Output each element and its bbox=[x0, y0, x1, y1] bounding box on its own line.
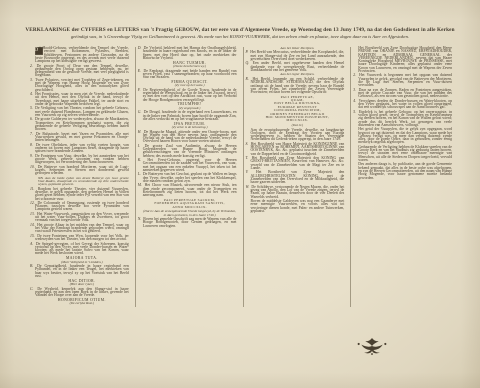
bottom-ornament bbox=[352, 336, 392, 356]
broadside-scan: { "document": { "kind": "18th-century Du… bbox=[0, 0, 480, 388]
entry: M. Het Choor van Musiek, uitvoerende een… bbox=[143, 184, 237, 197]
entry: 5. Eindelyk is het geheele Gebouw, op he… bbox=[358, 111, 452, 127]
paragraph: Des anderen daags is, by publicatie, aan… bbox=[358, 163, 452, 179]
entry: 4. Het Frontispies, waar in men ziet de … bbox=[35, 93, 129, 106]
entry-label: L. bbox=[138, 172, 142, 176]
entry: Q. Een ander Beeld, met opgehevene hande… bbox=[251, 62, 345, 72]
entry: G. De Deugd, houdende in de regterhand e… bbox=[143, 111, 237, 121]
entry: 2. Het Vuurwerk is begonnen met het opga… bbox=[358, 74, 452, 87]
motto-translation: (Deeze beschermen wy.) bbox=[143, 65, 237, 68]
entry: 4. Vervolgens deeden de Donder-bussen en… bbox=[358, 100, 452, 110]
entry-label: 4. bbox=[353, 99, 357, 103]
entry: B. De Gematigdheid, houdende in haare re… bbox=[35, 265, 129, 278]
entry: D. De Vryheid, bekleed met het Harnas de… bbox=[143, 47, 237, 60]
entry: 15. De twee Fonteinen van Wyn, loopende … bbox=[35, 235, 129, 242]
entry-label: D. bbox=[138, 46, 143, 50]
entry: 11. Rondom het geheele Theater, vier dui… bbox=[35, 188, 129, 201]
nb-note: NB. Aan de beide zyden van deeze Battery… bbox=[35, 177, 129, 187]
entry-label: 12. bbox=[30, 201, 36, 205]
entry-label: H. bbox=[138, 130, 143, 134]
entry-label: S. bbox=[246, 142, 250, 146]
entry: T. Het Borstbeeld van Zyne Majesteit den… bbox=[251, 157, 345, 170]
entry: 7. De Balustrade, bezet met Vazen en Pyr… bbox=[35, 133, 129, 143]
entry-label: F. bbox=[138, 88, 142, 92]
entry: F. De Regtveerdigheid, of de Goede Trouw… bbox=[143, 89, 237, 102]
entry: C. De Wysheid, kennelyk aan den Slange-s… bbox=[35, 288, 129, 298]
entry-label: Q. bbox=[246, 61, 251, 65]
entry: 3. Daar na zyn de Zonnen, Raden en Fonte… bbox=[358, 89, 452, 99]
paragraph: Het getal der Vuurpylen, die te gelyk zy… bbox=[358, 128, 452, 144]
motto-translation: (Hier door ryker.) bbox=[35, 283, 129, 286]
first-entry: Dit Hoofd-Gebouw, verbeeldende den Tempe… bbox=[35, 47, 129, 63]
entry-label: W. bbox=[246, 185, 251, 189]
column-4: Het Borstbeeld van Zyne Doorlugtige Hoog… bbox=[350, 47, 452, 307]
paragraph: Aan de eeuwigduurende Vreede, dewelke, n… bbox=[251, 129, 345, 142]
entry: P. Het Beeld van Mercurius, verbeeldende… bbox=[251, 51, 345, 61]
motto-translation: (De eerlyke Rust.) bbox=[35, 302, 129, 305]
entry-label: 14. bbox=[30, 223, 36, 227]
entry: H. De Haagsche Maagd, zittende onder een… bbox=[143, 131, 237, 144]
caps-inscription: PACI PERPETUAE SACRUM,FOEDERIBUS AQUISGR… bbox=[143, 199, 237, 209]
entry-label: 4. bbox=[30, 92, 34, 96]
paragraph: Het Borstbeeld van Zyne Doorlugtige Hoog… bbox=[358, 47, 452, 73]
entry-label: 13. bbox=[30, 212, 36, 216]
entry-label: K. bbox=[138, 158, 142, 162]
entry-label: E. bbox=[138, 69, 142, 73]
entry: R. Het Beeld, leunende op een Schild, ve… bbox=[251, 78, 345, 94]
entry: L. De Batteryen van het Geschut, geplant… bbox=[143, 173, 237, 183]
title-line-1: VERKLAARINGE der CYFFERS en LETTERS van … bbox=[0, 27, 480, 34]
entry-label: P. bbox=[246, 50, 250, 54]
entry-label: 6. bbox=[30, 117, 34, 121]
entry: 3. Twee Pylasters, verciert met Trophéen… bbox=[35, 79, 129, 92]
entry: 9. De Fonteinen van Vuur, dewelke, by he… bbox=[35, 155, 129, 165]
entry-label: B. bbox=[30, 264, 34, 268]
entry: S. Het Borstbeeld van Haare Majesteit de… bbox=[251, 143, 345, 156]
entry-label: C. bbox=[30, 287, 34, 291]
entry-label: 7. bbox=[30, 132, 34, 136]
entry-label: 8. bbox=[30, 143, 34, 147]
entry-label: 15. bbox=[30, 234, 36, 238]
entry-label: 5. bbox=[353, 110, 357, 114]
entry-label: G. bbox=[138, 110, 143, 114]
entry-label: 2. bbox=[353, 73, 357, 77]
caps-inscription: PACI PERPETUAE,QUAM,POST BELLA DIUTURNA,… bbox=[251, 96, 345, 123]
entry: 5. De Verligting van het Theater, rondom… bbox=[35, 107, 129, 117]
motto-translation: (Dat is:) bbox=[251, 124, 345, 127]
entry-label: 3. bbox=[30, 78, 34, 82]
entry: A. De Spiegel-gevegten, of het Gevegt de… bbox=[35, 243, 129, 256]
entry: 10. De Batterye van honderd Mortieren, w… bbox=[35, 166, 129, 176]
paragraph: Boven de middelste Galderyen was nog een… bbox=[251, 200, 345, 213]
entry: 8. De twee Obelisken, ieder van vyftig v… bbox=[35, 144, 129, 154]
entry-label: M. bbox=[138, 183, 143, 187]
column-3: Aan het linker Paviljoen.P. Het Beeld va… bbox=[243, 47, 345, 307]
motto-translation: (Dat is: Aan de eeuwigduurende Vreede to… bbox=[143, 210, 237, 217]
motto-translation: (Zy zelve is de belooning.) bbox=[143, 126, 237, 129]
fleuron-icon bbox=[352, 336, 392, 356]
entry: I. De groote Zaal van Audientie, alwaar … bbox=[143, 145, 237, 158]
text-columns: Dit Hoofd-Gebouw, verbeeldende den Tempe… bbox=[30, 47, 452, 307]
entry: 12. De Colonnade of Ommegang, rustende o… bbox=[35, 202, 129, 212]
entry: 13. Het Water-Vuurwerk, aangestoken op d… bbox=[35, 213, 129, 223]
entry-label: 3. bbox=[353, 88, 357, 92]
entry-label: T. bbox=[246, 156, 250, 160]
entry-label: 2. bbox=[30, 64, 34, 68]
title-line-2: geëindigt was, in 's Gravenhage Vlytig e… bbox=[0, 34, 480, 40]
entry: V. Het Borstbeeld van Zyne Majesteit den… bbox=[251, 171, 345, 184]
entry: 6. De groote Galderyen ter wederzyden, a… bbox=[35, 118, 129, 131]
entry: N. Boven het gemelde Opschrift zag men d… bbox=[143, 218, 237, 228]
entry: 2. De groote Poort of Deur van den Tempe… bbox=[35, 65, 129, 78]
drop-cap-initial: D bbox=[35, 47, 43, 55]
column-1: Dit Hoofd-Gebouw, verbeeldende den Tempe… bbox=[30, 47, 129, 307]
entry-label: V. bbox=[246, 170, 250, 174]
entry: W. De Schilderye, vertoonende de Negen M… bbox=[251, 186, 345, 199]
entry-label: 10. bbox=[30, 165, 36, 169]
entry: K. Het Feest-Gebouw, opgeregt voor de He… bbox=[143, 159, 237, 172]
entry: E. De Eendragt, draagende met beide hand… bbox=[143, 70, 237, 80]
column-2: D. De Vryheid, bekleed met het Harnas de… bbox=[135, 47, 237, 307]
entry-label: 5. bbox=[30, 106, 34, 110]
paragraph: Geduurende de Verligting hebben de Klokk… bbox=[358, 146, 452, 162]
entry-label: 11. bbox=[30, 187, 35, 191]
entry-label: N. bbox=[138, 217, 142, 221]
entry-label: R. bbox=[246, 77, 250, 81]
entry-label: I. bbox=[138, 144, 141, 148]
entry: 14. Het groote Altaar in het midden van … bbox=[35, 224, 129, 234]
entry-label: 9. bbox=[30, 154, 34, 158]
entry-label: A. bbox=[30, 242, 34, 246]
title-block: VERKLAARINGE der CYFFERS en LETTERS van … bbox=[0, 27, 480, 40]
